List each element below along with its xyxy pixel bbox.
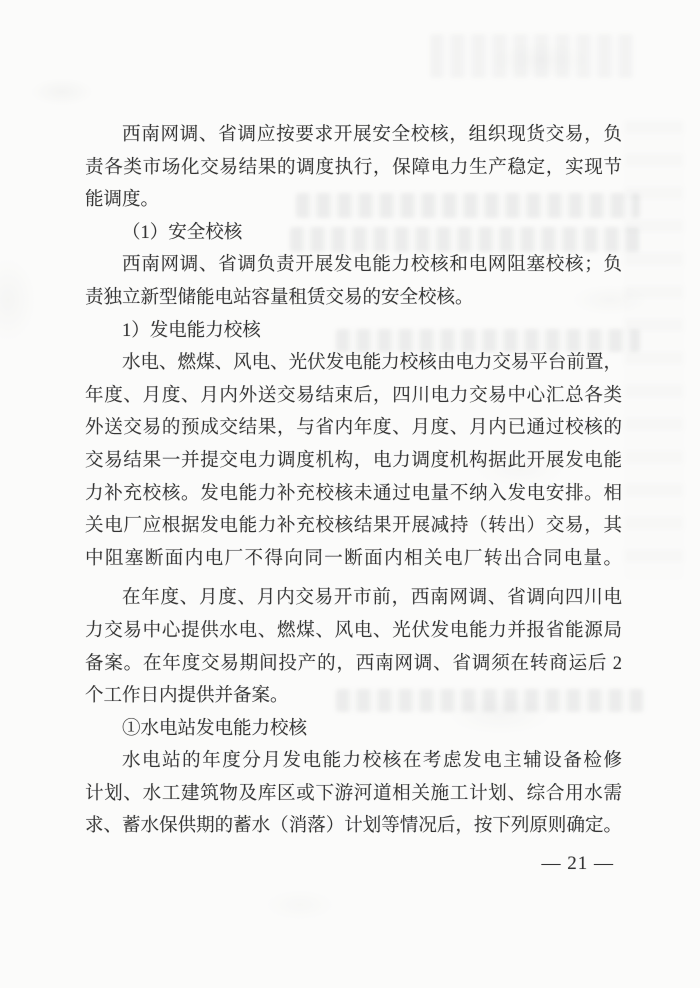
text-line: （1）安全校核 [85,217,622,250]
text-line: 年度、月度、月内外送交易结束后，四川电力交易中心汇总各类 [85,380,622,413]
text-line: 外送交易的预成交结果，与省内年度、月度、月内已通过校核的 [85,412,622,445]
page-number: — 21 — [542,853,615,875]
text-line: 求、蓄水保供期的蓄水（消落）计划等情况后，按下列原则确定。 [85,810,622,843]
text-line: 能调度。 [85,184,622,217]
text-line: 交易结果一并提交电力调度机构，电力调度机构据此开展发电能 [85,445,622,478]
text-line: 水电站的年度分月发电能力校核在考虑发电主辅设备检修 [85,745,622,778]
document-text-block: 西南网调、省调应按要求开展安全校核，组织现货交易，负责各类市场化交易结果的调度执… [85,119,622,843]
bleed-through-mark [624,120,684,580]
text-line: 个工作日内提供并备案。 [85,680,622,713]
text-line: 计划、水工建筑物及库区或下游河道相关施工计划、综合用水需 [85,778,622,811]
text-line: 关电厂应根据发电能力补充校核结果开展减持（转出）交易，其 [85,510,622,543]
text-line: 责各类市场化交易结果的调度执行，保障电力生产稳定，实现节 [85,152,622,185]
text-line: 1）发电能力校核 [85,315,622,348]
text-line: 西南网调、省调负责开展发电能力校核和电网阻塞校核；负 [85,249,622,282]
text-line: 西南网调、省调应按要求开展安全校核，组织现货交易，负 [85,119,622,152]
text-line: 中阻塞断面内电厂不得向同一断面内相关电厂转出合同电量。 [85,543,622,576]
text-line: 力补充校核。发电能力补充校核未通过电量不纳入发电安排。相 [85,478,622,511]
document-page: 西南网调、省调应按要求开展安全校核，组织现货交易，负责各类市场化交易结果的调度执… [0,0,700,988]
bleed-through-mark [430,34,635,78]
text-line: 责独立新型储能电站容量租赁交易的安全校核。 [85,282,622,315]
text-line: 备案。在年度交易期间投产的，西南网调、省调须在转商运后 2 [85,648,622,681]
text-line: 在年度、月度、月内交易开市前，西南网调、省调向四川电 [85,582,622,615]
text-line: ①水电站发电能力校核 [85,713,622,746]
text-line: 水电、燃煤、风电、光伏发电能力校核由电力交易平台前置， [85,347,622,380]
text-line: 力交易中心提供水电、燃煤、风电、光伏发电能力并报省能源局 [85,615,622,648]
